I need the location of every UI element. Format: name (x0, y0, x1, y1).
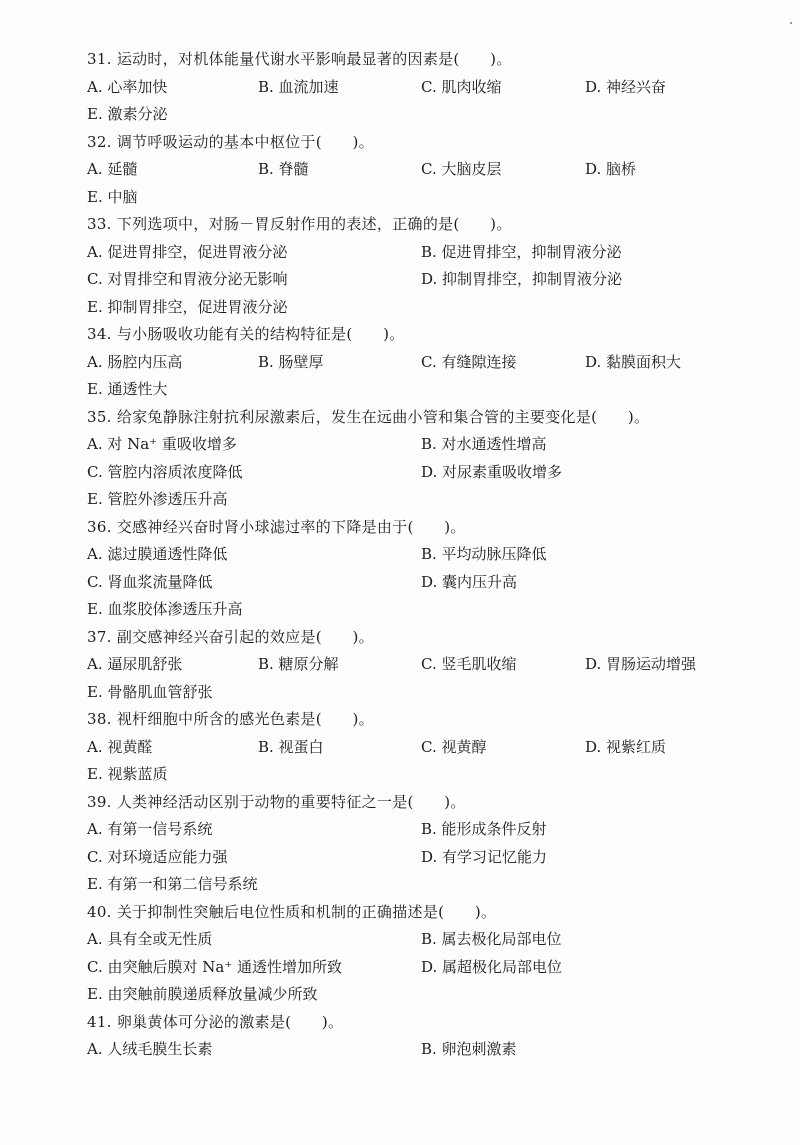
q33-option-d[interactable]: D. 抑制胃排空，抑制胃液分泌 (421, 266, 622, 294)
q34-option-e[interactable]: E. 通透性大 (87, 376, 168, 404)
q39-option-d[interactable]: D. 有学习记忆能力 (421, 844, 547, 872)
q36-option-a[interactable]: A. 滤过膜通透性降低 (87, 541, 227, 569)
q36-option-c[interactable]: C. 肾血浆流量降低 (87, 569, 212, 597)
q38-option-a[interactable]: A. 视黄醛 (87, 734, 152, 762)
question-40-stem: 40. 关于抑制性突触后电位性质和机制的正确描述是( )。 (87, 899, 727, 927)
q36-option-d[interactable]: D. 囊内压升高 (421, 569, 517, 597)
q40-option-b[interactable]: B. 属去极化局部电位 (421, 926, 562, 954)
q39-option-b[interactable]: B. 能形成条件反射 (421, 816, 547, 844)
q40-option-c[interactable]: C. 由突触后膜对 Na⁺ 通透性增加所致 (87, 954, 342, 982)
q38-option-c[interactable]: C. 视黄醇 (421, 734, 486, 762)
q32-option-c[interactable]: C. 大脑皮层 (421, 156, 501, 184)
q38-option-d[interactable]: D. 视紫红质 (585, 734, 666, 762)
q39-option-e[interactable]: E. 有第一和第二信号系统 (87, 871, 258, 899)
q35-option-d[interactable]: D. 对尿素重吸收增多 (421, 459, 562, 487)
q40-option-d[interactable]: D. 属超极化局部电位 (421, 954, 562, 982)
q37-option-c[interactable]: C. 竖毛肌收缩 (421, 651, 516, 679)
q32-option-a[interactable]: A. 延髓 (87, 156, 137, 184)
question-34-stem: 34. 与小肠吸收功能有关的结构特征是( )。 (87, 321, 727, 349)
q36-option-e[interactable]: E. 血浆胶体渗透压升高 (87, 596, 243, 624)
question-36-stem: 36. 交感神经兴奋时肾小球滤过率的下降是由于( )。 (87, 514, 727, 542)
question-39-stem: 39. 人类神经活动区别于动物的重要特征之一是( )。 (87, 789, 727, 817)
scan-speck (790, 22, 792, 24)
q35-option-e[interactable]: E. 管腔外渗透压升高 (87, 486, 228, 514)
q39-option-c[interactable]: C. 对环境适应能力强 (87, 844, 227, 872)
q35-option-c[interactable]: C. 管腔内溶质浓度降低 (87, 459, 242, 487)
question-41-stem: 41. 卵巢黄体可分泌的激素是( )。 (87, 1009, 727, 1037)
question-32-options-row: A. 延髓 B. 脊髓 C. 大脑皮层 D. 脑桥 (87, 156, 727, 184)
q34-option-d[interactable]: D. 黏膜面积大 (585, 349, 681, 377)
q31-option-c[interactable]: C. 肌肉收缩 (421, 74, 501, 102)
q31-option-d[interactable]: D. 神经兴奋 (585, 74, 666, 102)
question-38-stem: 38. 视杆细胞中所含的感光色素是( )。 (87, 706, 727, 734)
q40-option-e[interactable]: E. 由突触前膜递质释放量减少所致 (87, 981, 318, 1009)
q34-option-a[interactable]: A. 肠腔内压高 (87, 349, 182, 377)
question-32-stem: 32. 调节呼吸运动的基本中枢位于( )。 (87, 129, 727, 157)
q33-option-a[interactable]: A. 促进胃排空，促进胃液分泌 (87, 239, 287, 267)
question-37-stem: 37. 副交感神经兴奋引起的效应是( )。 (87, 624, 727, 652)
q31-option-a[interactable]: A. 心率加快 (87, 74, 167, 102)
q35-option-b[interactable]: B. 对水通透性增高 (421, 431, 547, 459)
q34-option-c[interactable]: C. 有缝隙连接 (421, 349, 516, 377)
exam-page: 31. 运动时，对机体能量代谢水平影响最显著的因素是( )。 A. 心率加快 B… (87, 46, 727, 1064)
q31-option-b[interactable]: B. 血流加速 (258, 74, 339, 102)
q33-option-c[interactable]: C. 对胃排空和胃液分泌无影响 (87, 266, 287, 294)
q37-option-d[interactable]: D. 胃肠运动增强 (585, 651, 696, 679)
q33-option-e[interactable]: E. 抑制胃排空，促进胃液分泌 (87, 294, 288, 322)
question-31-options-row: A. 心率加快 B. 血流加速 C. 肌肉收缩 D. 神经兴奋 (87, 74, 727, 102)
q41-option-a[interactable]: A. 人绒毛膜生长素 (87, 1036, 212, 1064)
q32-option-e[interactable]: E. 中脑 (87, 184, 138, 212)
q39-option-a[interactable]: A. 有第一信号系统 (87, 816, 212, 844)
q36-option-b[interactable]: B. 平均动脉压降低 (421, 541, 547, 569)
q38-option-e[interactable]: E. 视紫蓝质 (87, 761, 168, 789)
q33-option-b[interactable]: B. 促进胃排空，抑制胃液分泌 (421, 239, 622, 267)
q34-option-b[interactable]: B. 肠壁厚 (258, 349, 324, 377)
question-35-stem: 35. 给家兔静脉注射抗利尿激素后，发生在远曲小管和集合管的主要变化是( )。 (87, 404, 727, 432)
q37-option-e[interactable]: E. 骨骼肌血管舒张 (87, 679, 213, 707)
q41-option-b[interactable]: B. 卵泡刺激素 (421, 1036, 517, 1064)
q37-option-b[interactable]: B. 糖原分解 (258, 651, 339, 679)
q32-option-b[interactable]: B. 脊髓 (258, 156, 309, 184)
q37-option-a[interactable]: A. 逼尿肌舒张 (87, 651, 182, 679)
q38-option-b[interactable]: B. 视蛋白 (258, 734, 324, 762)
q31-option-e[interactable]: E. 激素分泌 (87, 101, 168, 129)
q35-option-a[interactable]: A. 对 Na⁺ 重吸收增多 (87, 431, 237, 459)
question-33-stem: 33. 下列选项中，对肠－胃反射作用的表述，正确的是( )。 (87, 211, 727, 239)
q40-option-a[interactable]: A. 具有全或无性质 (87, 926, 212, 954)
q32-option-d[interactable]: D. 脑桥 (585, 156, 636, 184)
question-31-stem: 31. 运动时，对机体能量代谢水平影响最显著的因素是( )。 (87, 46, 727, 74)
